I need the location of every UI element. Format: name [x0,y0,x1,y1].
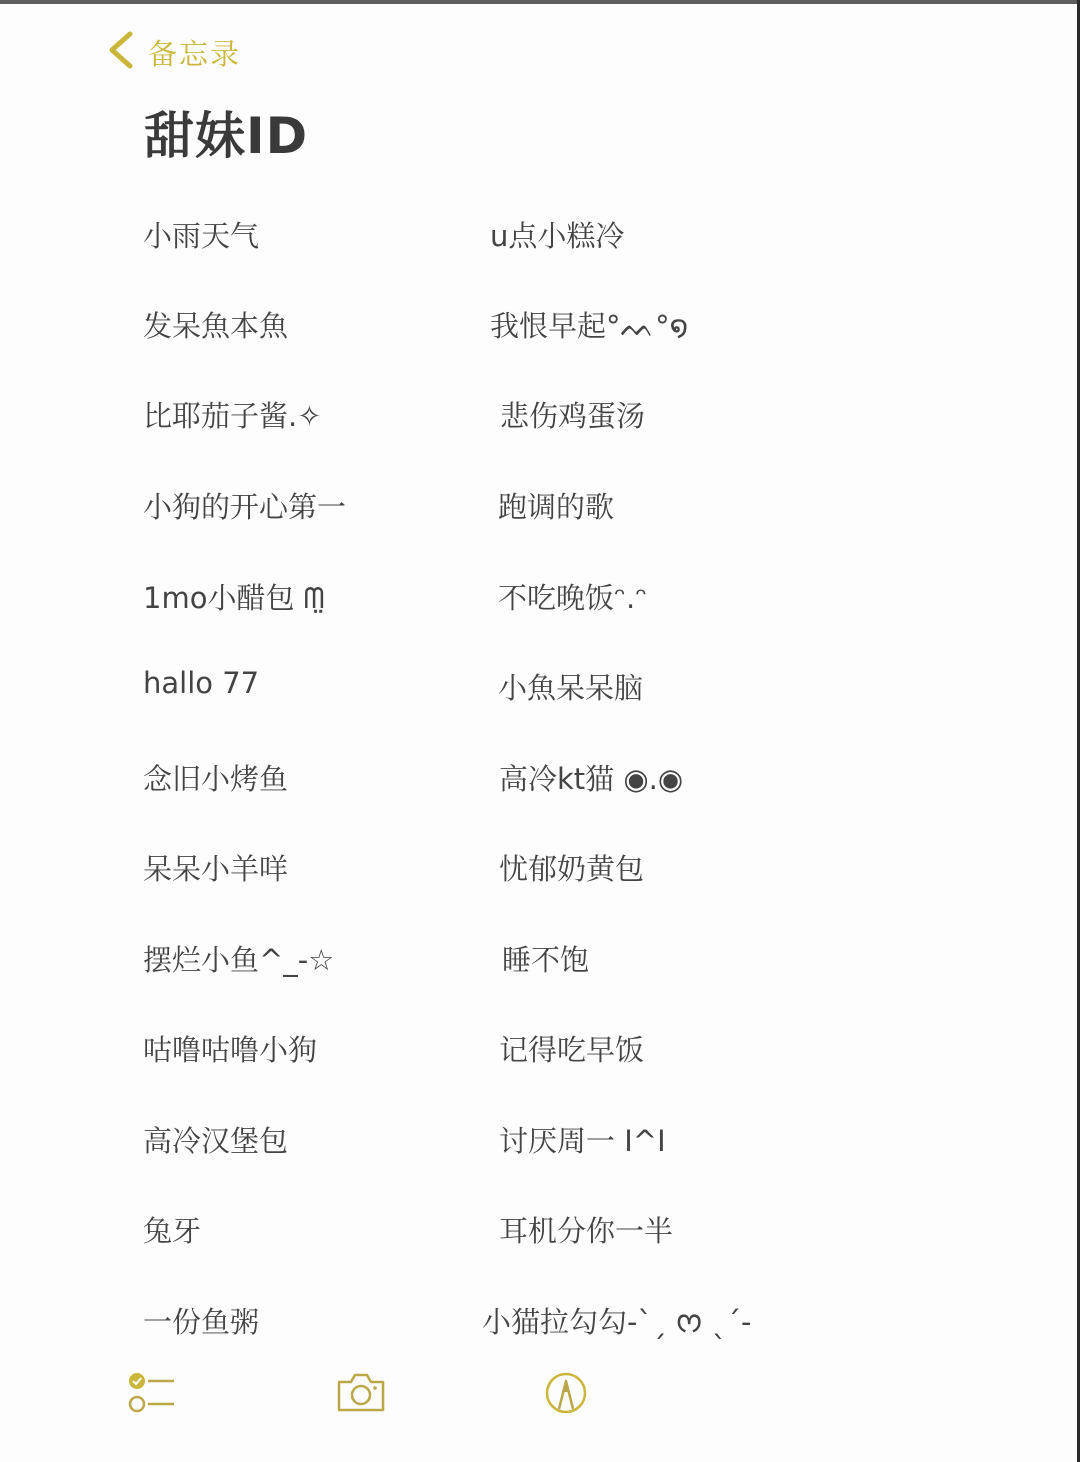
list-item: 比耶茄子酱.✧ 悲伤鸡蛋汤 [143,394,903,434]
list-item: hallo 77 小魚呆呆脑 [143,666,903,706]
id-right: 小猫拉勾勾-ˋˏ ᰔ ˎˊ- [482,1300,751,1346]
list-item: 呆呆小羊咩 忧郁奶黄包 [143,847,903,887]
list-item: 摆烂小鱼^_-☆ 睡不饱 [143,938,903,978]
camera-button[interactable] [336,1372,386,1412]
id-right: 我恨早起°ᨓ°໑ [490,304,688,345]
id-left: 一份鱼粥 [143,1300,259,1341]
bottom-toolbar [0,1360,1080,1430]
id-left: 发呆魚本魚 [143,304,288,345]
id-right: 记得吃早饭 [499,1028,644,1069]
id-left: 小雨天气 [143,214,259,255]
note-title: 甜妹ID [144,96,308,168]
list-item: 咕噜咕噜小狗 记得吃早饭 [143,1028,903,1068]
list-item: 高冷汉堡包 讨厌周一 Ⅰ^Ⅰ [143,1119,903,1159]
id-left: 摆烂小鱼^_-☆ [143,938,334,979]
id-right: 高冷kt猫 ◉.◉ [499,757,683,798]
list-item: 一份鱼粥 小猫拉勾勾-ˋˏ ᰔ ˎˊ- [143,1300,903,1340]
id-right: 睡不饱 [502,938,589,979]
id-left: 咕噜咕噜小狗 [143,1028,317,1069]
markup-pen-icon [545,1372,587,1414]
checklist-icon [128,1370,178,1416]
camera-icon [336,1372,386,1412]
list-item: 兔牙 耳机分你一半 [143,1209,903,1249]
id-right: 小魚呆呆脑 [498,666,643,707]
list-item: 小雨天气 u点小糕冷 [143,214,903,254]
id-left: 高冷汉堡包 [143,1119,288,1160]
list-item: 1mo小醋包 ᗰ̤ 不吃晚饭ᵔ.ᵔ [143,576,903,616]
id-right: 忧郁奶黄包 [499,847,644,888]
back-button-label: 备忘录 [148,32,241,73]
chevron-left-icon [104,30,138,74]
list-item: 小狗的开心第一 跑调的歌 [143,485,903,525]
id-left: 比耶茄子酱.✧ [143,394,322,435]
id-left: 1mo小醋包 ᗰ̤ [143,576,325,617]
id-left: 小狗的开心第一 [143,485,346,526]
list-item: 念旧小烤鱼 高冷kt猫 ◉.◉ [143,757,903,797]
checklist-button[interactable] [128,1370,178,1416]
id-right: 讨厌周一 Ⅰ^Ⅰ [499,1119,666,1160]
id-left: 念旧小烤鱼 [143,757,288,798]
id-right: 耳机分你一半 [499,1209,673,1250]
id-right: 不吃晚饭ᵔ.ᵔ [498,576,647,617]
list-item: 发呆魚本魚 我恨早起°ᨓ°໑ [143,304,903,344]
id-left: 兔牙 [143,1209,201,1250]
id-right: 悲伤鸡蛋汤 [500,394,645,435]
id-left: 呆呆小羊咩 [143,847,288,888]
id-right: 跑调的歌 [498,485,614,526]
markup-button[interactable] [545,1372,587,1414]
window-top-bar [0,0,1080,4]
id-right: u点小糕冷 [490,214,624,255]
back-button[interactable]: 备忘录 [104,30,241,74]
id-left: hallo 77 [143,666,259,700]
